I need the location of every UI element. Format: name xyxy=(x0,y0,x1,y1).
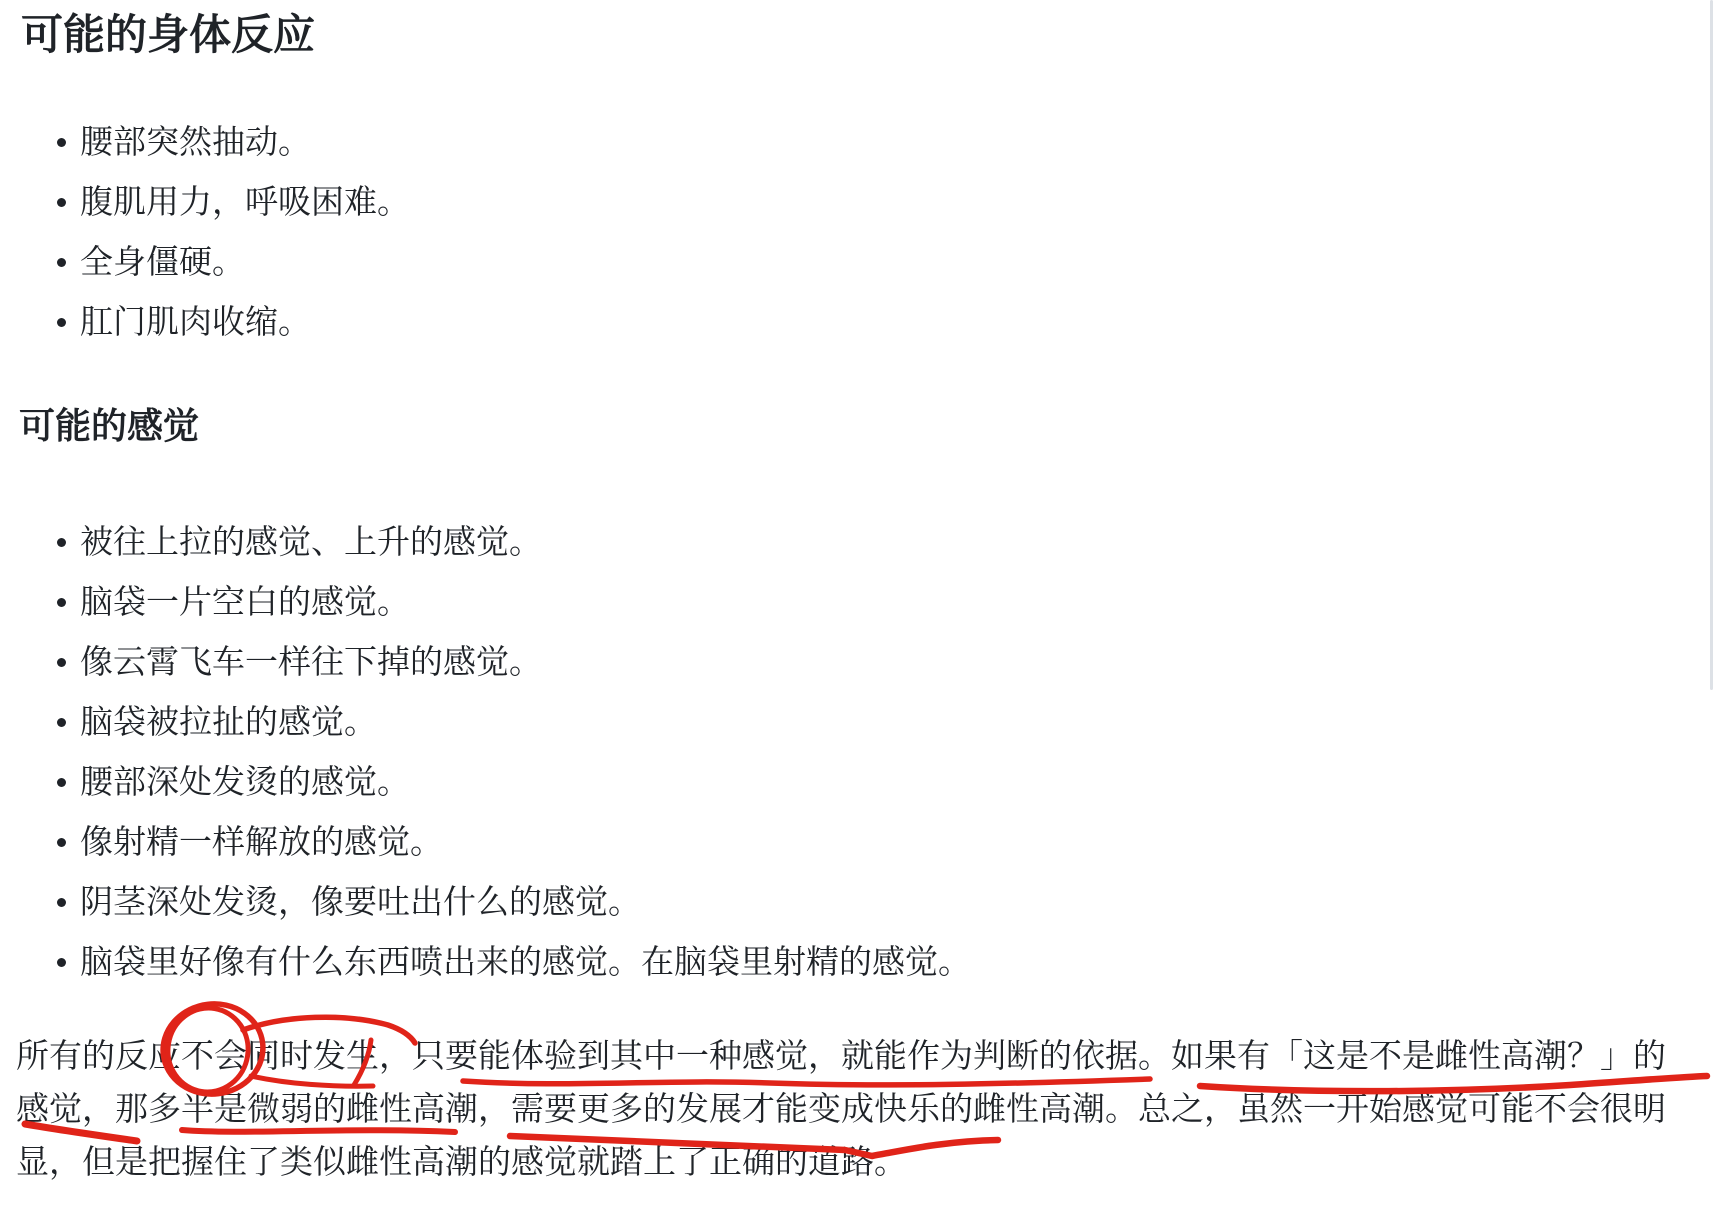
bullet-icon xyxy=(57,318,66,327)
list-item: 脑袋被拉扯的感觉。 xyxy=(20,692,971,752)
list-item-text: 全身僵硬。 xyxy=(80,242,245,282)
list-item: 像云霄飞车一样往下掉的感觉。 xyxy=(20,632,971,692)
bullet-icon xyxy=(57,538,66,547)
list-item-text: 腰部突然抽动。 xyxy=(80,122,311,162)
list-item-text: 阴茎深处发烫，像要吐出什么的感觉。 xyxy=(80,882,641,922)
bullet-icon xyxy=(57,138,66,147)
paragraph-line: 所有的反应不会同时发生，只要能体验到其中一种感觉，就能作为判断的依据。如果有「这… xyxy=(16,1029,1711,1082)
list-item: 脑袋里好像有什么东西喷出来的感觉。在脑袋里射精的感觉。 xyxy=(20,932,971,992)
list-item: 腹肌用力，呼吸困难。 xyxy=(20,172,410,232)
list-item-text: 腹肌用力，呼吸困难。 xyxy=(80,182,410,222)
list-item: 全身僵硬。 xyxy=(20,232,410,292)
list-item: 肛门肌肉收缩。 xyxy=(20,292,410,352)
article-page: 可能的身体反应 腰部突然抽动。 腹肌用力，呼吸困难。 全身僵硬。 肛门肌肉收缩。… xyxy=(0,0,1718,1218)
bullet-icon xyxy=(57,778,66,787)
physical-reactions-list: 腰部突然抽动。 腹肌用力，呼吸困难。 全身僵硬。 肛门肌肉收缩。 xyxy=(20,112,410,352)
closing-paragraph: 所有的反应不会同时发生，只要能体验到其中一种感觉，就能作为判断的依据。如果有「这… xyxy=(16,1029,1711,1188)
possible-feelings-list: 被往上拉的感觉、上升的感觉。 脑袋一片空白的感觉。 像云霄飞车一样往下掉的感觉。… xyxy=(20,512,971,992)
bullet-icon xyxy=(57,718,66,727)
list-item: 腰部深处发烫的感觉。 xyxy=(20,752,971,812)
list-item-text: 肛门肌肉收缩。 xyxy=(80,302,311,342)
list-item: 阴茎深处发烫，像要吐出什么的感觉。 xyxy=(20,872,971,932)
list-item-text: 腰部深处发烫的感觉。 xyxy=(80,762,410,802)
list-item-text: 脑袋里好像有什么东西喷出来的感觉。在脑袋里射精的感觉。 xyxy=(80,942,971,982)
paragraph-line: 显，但是把握住了类似雌性高潮的感觉就踏上了正确的道路。 xyxy=(16,1135,1711,1188)
heading-physical-reactions: 可能的身体反应 xyxy=(21,8,315,63)
list-item-text: 像云霄飞车一样往下掉的感觉。 xyxy=(80,642,542,682)
list-item: 脑袋一片空白的感觉。 xyxy=(20,572,971,632)
list-item-text: 像射精一样解放的感觉。 xyxy=(80,822,443,862)
paragraph-line: 感觉，那多半是微弱的雌性高潮，需要更多的发展才能变成快乐的雌性高潮。总之，虽然一… xyxy=(16,1082,1711,1135)
bullet-icon xyxy=(57,838,66,847)
bullet-icon xyxy=(57,958,66,967)
list-item-text: 脑袋一片空白的感觉。 xyxy=(80,582,410,622)
list-item: 被往上拉的感觉、上升的感觉。 xyxy=(20,512,971,572)
heading-possible-feelings: 可能的感觉 xyxy=(19,404,199,451)
bullet-icon xyxy=(57,898,66,907)
list-item: 腰部突然抽动。 xyxy=(20,112,410,172)
bullet-icon xyxy=(57,658,66,667)
bullet-icon xyxy=(57,198,66,207)
list-item: 像射精一样解放的感觉。 xyxy=(20,812,971,872)
bullet-icon xyxy=(57,258,66,267)
list-item-text: 被往上拉的感觉、上升的感觉。 xyxy=(80,522,542,562)
list-item-text: 脑袋被拉扯的感觉。 xyxy=(80,702,377,742)
vertical-scrollbar-thumb[interactable] xyxy=(1710,0,1713,690)
bullet-icon xyxy=(57,598,66,607)
